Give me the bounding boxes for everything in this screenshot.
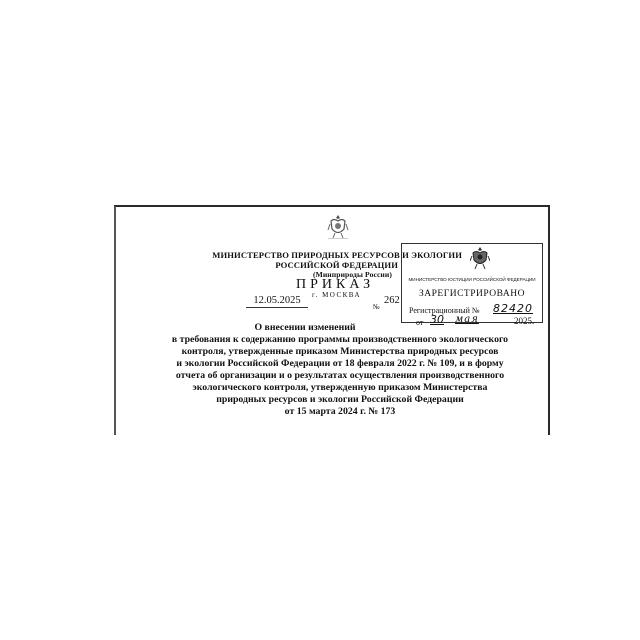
order-date: 12.05.2025	[246, 295, 308, 308]
order-title: О внесении изменений в требования к соде…	[150, 322, 530, 418]
title-line: в требования к содержанию программы прои…	[150, 334, 530, 346]
title-line: О внесении изменений	[80, 322, 530, 334]
city: г. МОСКВА	[312, 291, 361, 299]
stamp-reg-number: 82420	[493, 302, 533, 315]
number-sign: №	[373, 303, 380, 311]
title-line: контроля, утвержденные приказом Министер…	[150, 346, 530, 358]
title-line: от 15 марта 2024 г. № 173	[150, 406, 530, 418]
coat-of-arms-icon	[470, 246, 490, 270]
stamp-authority: МИНИСТЕРСТВО ЮСТИЦИИ РОССИЙСКОЙ ФЕДЕРАЦИ…	[403, 277, 541, 282]
title-line: отчета об организации и о результатах ос…	[150, 370, 530, 382]
stamp-status: ЗАРЕГИСТРИРОВАНО	[405, 289, 539, 299]
title-line: природных ресурсов и экологии Российской…	[150, 394, 530, 406]
order-number: 262	[384, 295, 400, 306]
coat-of-arms-icon	[327, 212, 349, 242]
title-line: и экологии Российской Федерации от 18 фе…	[150, 358, 530, 370]
title-line: экологического контроля, утвержденную пр…	[150, 382, 530, 394]
